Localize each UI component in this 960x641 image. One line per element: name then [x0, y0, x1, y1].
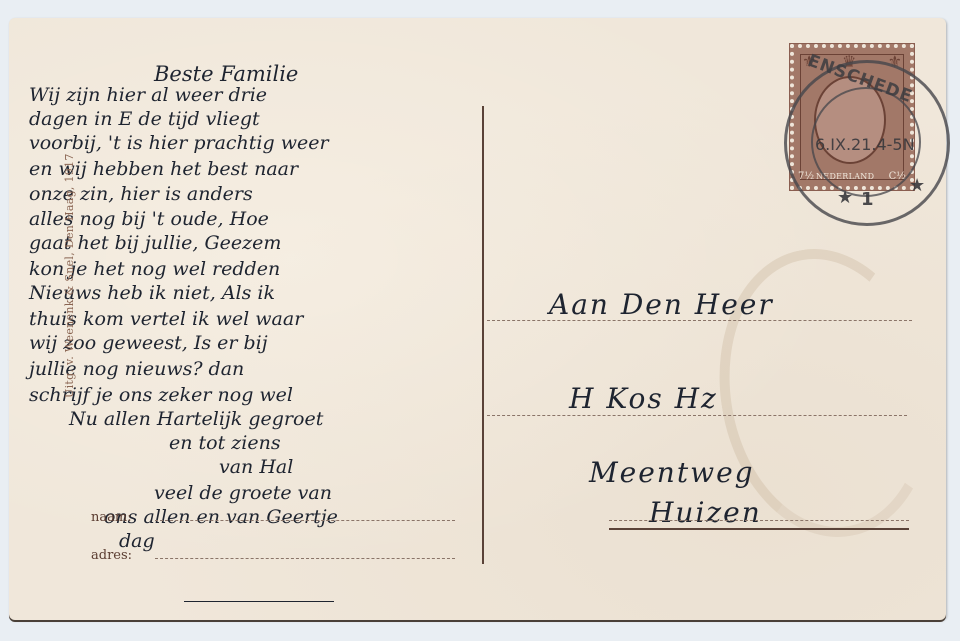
name-line	[155, 520, 455, 521]
message-line: jullie nog nieuws? dan	[29, 358, 244, 380]
postmark-date: 6.IX.21.4-5N	[815, 135, 915, 154]
address-line-4: Huizen	[649, 496, 762, 529]
address-solid-rule	[609, 528, 909, 530]
message-line: dagen in E de tijd vliegt	[29, 108, 260, 130]
publisher-imprint: Uitg. v. Weenenk & Snel, Den Haag, 1917	[63, 153, 76, 398]
message-line: en tot ziens	[169, 432, 281, 454]
signature-underline	[184, 601, 334, 602]
address-dotline-1	[487, 320, 912, 321]
postmark-office-number: 1	[861, 189, 874, 210]
message-line: Nu allen Hartelijk gegroet	[69, 408, 323, 430]
address-dotline-2	[487, 415, 907, 416]
address-line-2: H Kos Hz	[569, 382, 718, 415]
address-line-1: Aan Den Heer	[549, 288, 774, 321]
message-line: van Hal	[219, 456, 293, 478]
greeting: Beste Familie	[154, 62, 298, 86]
message-line: veel de groete van	[154, 482, 332, 504]
message-line: ons allen en van Geertje	[104, 506, 338, 528]
name-label: naam:	[91, 510, 132, 525]
address-label: adres:	[91, 548, 132, 563]
message-line: voorbij, 't is hier prachtig weer	[29, 132, 329, 154]
star-icon: ★	[909, 175, 925, 196]
address-line-3: Meentweg	[589, 456, 755, 489]
message-line: Wij zijn hier al weer drie	[29, 84, 267, 106]
address-dotline-3	[609, 520, 909, 521]
address-line	[155, 558, 455, 559]
star-icon: ★	[837, 187, 853, 208]
postmark: ENSCHEDE 6.IX.21.4-5N ★ 1 ★	[784, 60, 950, 226]
center-divider	[482, 106, 484, 564]
